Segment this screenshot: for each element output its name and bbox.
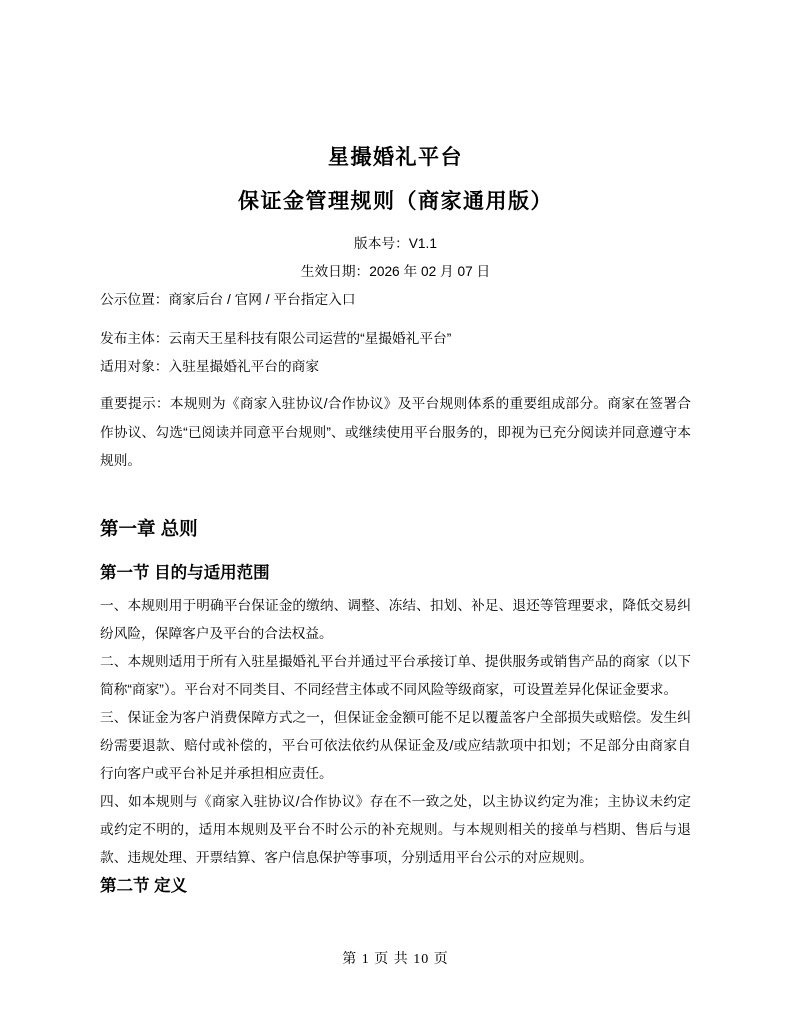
doc-title-platform: 星撮婚礼平台 [100, 146, 691, 170]
chapter-1-heading: 第一章 总则 [100, 518, 691, 540]
clause-paragraph-4: 四、如本规则与《商家入驻协议/合作协议》存在不一致之处，以主协议约定为准；主协议… [100, 788, 691, 872]
clause-paragraph-3: 三、保证金为客户消费保障方式之一，但保证金金额可能不足以覆盖客户全部损失或赔偿。… [100, 704, 691, 788]
page-number-footer: 第 1 页 共 10 页 [0, 948, 791, 968]
effective-date-line: 生效日期：2026 年 02 月 07 日 [100, 258, 691, 286]
publish-location-line: 公示位置：商家后台 / 官网 / 平台指定入口 [100, 286, 691, 314]
clause-paragraph-2: 二、本规则适用于所有入驻星撮婚礼平台并通过平台承接订单、提供服务或销售产品的商家… [100, 648, 691, 704]
version-line: 版本号：V1.1 [100, 230, 691, 258]
important-notice-paragraph: 重要提示：本规则为《商家入驻协议/合作协议》及平台规则体系的重要组成部分。商家在… [100, 390, 691, 476]
section-1-heading: 第一节 目的与适用范围 [100, 562, 691, 584]
document-page: 星撮婚礼平台 保证金管理规则（商家通用版） 版本号：V1.1 生效日期：2026… [0, 0, 791, 1024]
publisher-line: 发布主体：云南天王星科技有限公司运营的“星撮婚礼平台” [100, 325, 691, 353]
section-2-heading: 第二节 定义 [100, 875, 691, 897]
clause-paragraph-1: 一、本规则用于明确平台保证金的缴纳、调整、冻结、扣划、补足、退还等管理要求，降低… [100, 592, 691, 648]
applicable-target-line: 适用对象：入驻星撮婚礼平台的商家 [100, 353, 691, 381]
doc-title-rules: 保证金管理规则（商家通用版） [100, 190, 691, 214]
